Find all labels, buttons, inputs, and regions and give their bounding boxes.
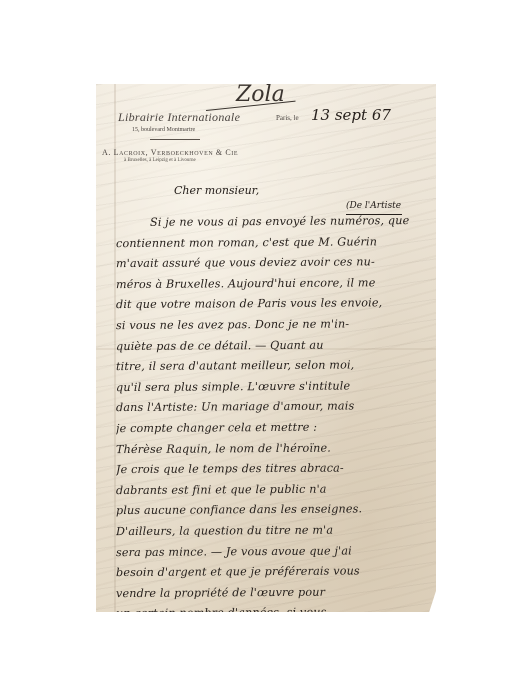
letterhead-address: 15, boulevard Montmartre: [132, 127, 240, 133]
letter-date: 13 sept 67: [311, 106, 391, 124]
letter-line: quiète pas de ce détail. — Quant au: [116, 334, 434, 357]
letter-line: contiennent mon roman, c'est que M. Guér…: [116, 231, 434, 254]
letter-line: besoin d'argent et que je préférerais vo…: [116, 561, 434, 584]
letter-line: Je crois que le temps des titres abraca-: [116, 458, 434, 481]
letter-line: qu'il sera plus simple. L'œuvre s'intitu…: [116, 376, 434, 399]
letterhead-firm: A. Lacroix, Verboeckhoven & Cie: [102, 148, 238, 157]
letter-line: si vous ne les avez pas. Donc je ne m'in…: [116, 314, 434, 337]
letterhead-name: Librairie Internationale: [118, 110, 240, 125]
letter-line: Si je ne vous ai pas envoyé les numéros,…: [116, 211, 434, 234]
letter-line: plus aucune confiance dans les enseignes…: [116, 499, 434, 522]
letter-page: Zola Librairie Internationale 15, boulev…: [96, 84, 436, 612]
margin-note: (De l'Artiste: [346, 201, 401, 211]
letter-line: méros à Bruxelles. Aujourd'hui encore, i…: [116, 273, 434, 296]
place-prefix: Paris, le: [276, 114, 299, 122]
letter-line: dabrants est fini et que le public n'a: [116, 479, 434, 502]
letterhead: Librairie Internationale 15, boulevard M…: [118, 110, 240, 140]
letter-line: dit que votre maison de Paris vous les e…: [116, 293, 434, 316]
letter-line: un certain nombre d'années, si vous: [116, 602, 434, 625]
letter-body: Si je ne vous ai pas envoyé les numéros,…: [116, 212, 434, 644]
letter-line: vendre la propriété de l'œuvre pour: [116, 582, 434, 605]
letter-line: Thérèse Raquin, le nom de l'héroïne.: [116, 437, 434, 460]
letterhead-cities: à Bruxelles, à Leipzig et à Livourne: [124, 158, 196, 163]
letter-line: titre, il sera d'autant meilleur, selon …: [116, 355, 434, 378]
letter-line: D'ailleurs, la question du titre ne m'a: [116, 520, 434, 543]
letter-line: m'avait assuré que vous deviez avoir ces…: [116, 252, 434, 275]
letterhead-rule: [150, 139, 200, 140]
letter-line: voyez pouvoir m'offrir une somme: [116, 623, 434, 646]
letter-line: dans l'Artiste: Un mariage d'amour, mais: [116, 396, 434, 419]
letter-line: sera pas mince. — Je vous avoue que j'ai: [116, 540, 434, 563]
letter-line: je compte changer cela et mettre :: [116, 417, 434, 440]
salutation: Cher monsieur,: [174, 184, 259, 197]
